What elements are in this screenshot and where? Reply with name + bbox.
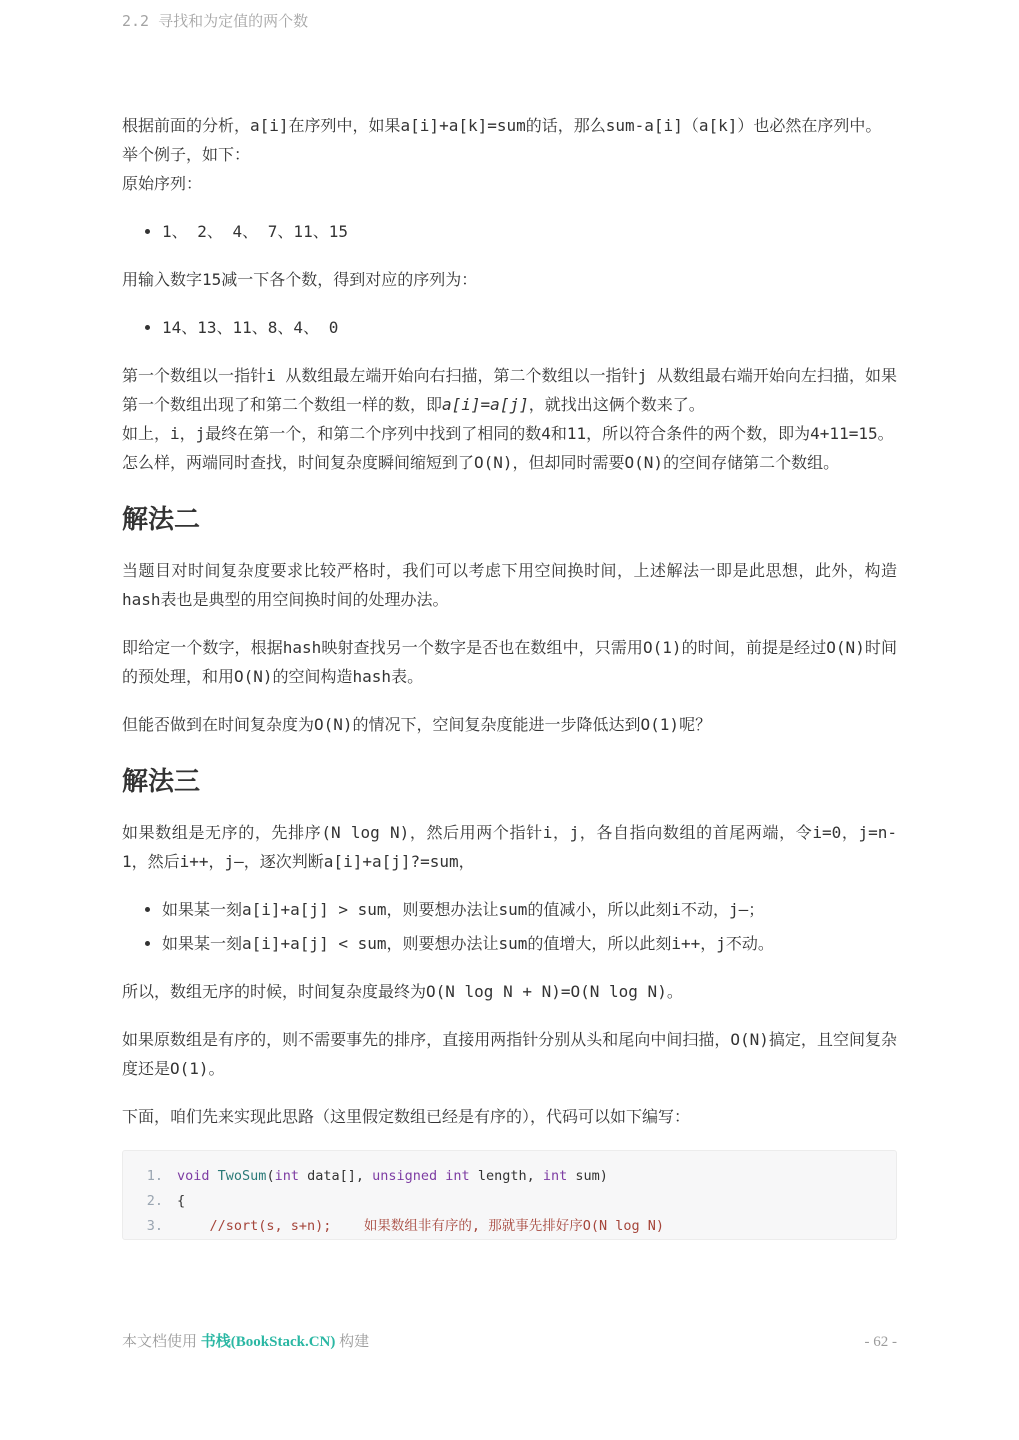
code-line: 3. //sort(s, s+n); 如果数组非有序的, 那就事先排好序O(N … bbox=[141, 1214, 878, 1239]
document-page: 2.2 寻找和为定值的两个数 根据前面的分析，a[i]在序列中，如果a[i]+a… bbox=[0, 0, 1019, 1440]
text-run: 如果原数组是有序的，则不需要事先的排序，直接用两指针分别从头和尾向中间扫描，O(… bbox=[122, 1030, 897, 1078]
code-line-text: //sort(s, s+n); 如果数组非有序的, 那就事先排好序O(N log… bbox=[177, 1218, 664, 1234]
list-item: 如果某一刻a[i]+a[j] > sum，则要想办法让sum的值减小，所以此刻i… bbox=[162, 895, 897, 924]
page-footer: 本文档使用 书栈(BookStack.CN) 构建 - 62 - bbox=[122, 1330, 897, 1351]
code-token: unsigned bbox=[372, 1168, 437, 1184]
code-token: //sort(s, s+n); 如果数组非有序的, 那就事先排好序O(N log… bbox=[177, 1218, 664, 1234]
code-line-text: { bbox=[177, 1193, 185, 1209]
bookstack-link[interactable]: 书栈(BookStack.CN) bbox=[201, 1334, 336, 1350]
paragraph: 下面，咱们先来实现此思路（这里假定数组已经是有序的），代码可以如下编写： bbox=[122, 1102, 897, 1131]
code-line-text: void TwoSum(int data[], unsigned int len… bbox=[177, 1168, 608, 1184]
paragraph: 如果原数组是有序的，则不需要事先的排序，直接用两指针分别从头和尾向中间扫描，O(… bbox=[122, 1025, 897, 1083]
list-item: 如果某一刻a[i]+a[j] < sum，则要想办法让sum的值增大，所以此刻i… bbox=[162, 929, 897, 958]
section-heading: 解法二 bbox=[122, 503, 897, 537]
code-line-number: 2. bbox=[141, 1189, 163, 1214]
footer-suffix-text: 构建 bbox=[335, 1334, 369, 1350]
paragraph: 即给定一个数字，根据hash映射查找另一个数字是否也在数组中，只需用O(1)的时… bbox=[122, 633, 897, 691]
text-run: 即给定一个数字，根据hash映射查找另一个数字是否也在数组中，只需用O(1)的时… bbox=[122, 638, 897, 686]
code-block: 1.void TwoSum(int data[], unsigned int l… bbox=[122, 1150, 897, 1240]
section-heading: 解法三 bbox=[122, 765, 897, 799]
text-run: 如果数组是无序的，先排序(N log N)，然后用两个指针i，j，各自指向数组的… bbox=[122, 823, 897, 871]
paragraph: 当题目对时间复杂度要求比较严格时，我们可以考虑下用空间换时间，上述解法一即是此思… bbox=[122, 556, 897, 614]
code-token: data[], bbox=[299, 1168, 372, 1184]
code-token: length, bbox=[470, 1168, 543, 1184]
code-line: 1.void TwoSum(int data[], unsigned int l… bbox=[141, 1164, 878, 1189]
footer-prefix-text: 本文档使用 bbox=[122, 1334, 201, 1350]
footer-build-note: 本文档使用 书栈(BookStack.CN) 构建 bbox=[122, 1330, 369, 1351]
paragraph: 用输入数字15减一下各个数，得到对应的序列为： bbox=[122, 265, 897, 294]
code-line-number: 3. bbox=[141, 1214, 163, 1239]
code-token: ( bbox=[266, 1168, 274, 1184]
bullet-list: 如果某一刻a[i]+a[j] > sum，则要想办法让sum的值减小，所以此刻i… bbox=[122, 895, 897, 958]
code-token: int bbox=[445, 1168, 469, 1184]
list-item: 1、 2、 4、 7、11、15 bbox=[162, 217, 897, 246]
text-run: 下面，咱们先来实现此思路（这里假定数组已经是有序的），代码可以如下编写： bbox=[122, 1107, 690, 1126]
code-token: { bbox=[177, 1193, 185, 1209]
code-line: 2.{ bbox=[141, 1189, 878, 1214]
code-token: int bbox=[275, 1168, 299, 1184]
text-run: 但能否做到在时间复杂度为O(N)的情况下，空间复杂度能进一步降低达到O(1)呢？ bbox=[122, 715, 711, 734]
code-token: TwoSum bbox=[218, 1168, 267, 1184]
code-line-number: 1. bbox=[141, 1164, 163, 1189]
document-content: 根据前面的分析，a[i]在序列中，如果a[i]+a[k]=sum的话，那么sum… bbox=[122, 0, 897, 1240]
text-run: 当题目对时间复杂度要求比较严格时，我们可以考虑下用空间换时间，上述解法一即是此思… bbox=[122, 561, 897, 609]
code-token: int bbox=[543, 1168, 567, 1184]
code-token: sum) bbox=[567, 1168, 608, 1184]
text-run: 根据前面的分析，a[i]在序列中，如果a[i]+a[k]=sum的话，那么sum… bbox=[122, 116, 881, 193]
page-number: - 62 - bbox=[865, 1334, 898, 1351]
bullet-list: 14、13、11、8、4、 0 bbox=[122, 313, 897, 342]
bullet-list: 1、 2、 4、 7、11、15 bbox=[122, 217, 897, 246]
text-run: 所以，数组无序的时候，时间复杂度最终为O(N log N + N)=O(N lo… bbox=[122, 982, 683, 1001]
paragraph: 根据前面的分析，a[i]在序列中，如果a[i]+a[k]=sum的话，那么sum… bbox=[122, 111, 897, 198]
paragraph: 所以，数组无序的时候，时间复杂度最终为O(N log N + N)=O(N lo… bbox=[122, 977, 897, 1006]
paragraph: 如果数组是无序的，先排序(N log N)，然后用两个指针i，j，各自指向数组的… bbox=[122, 818, 897, 876]
paragraph: 但能否做到在时间复杂度为O(N)的情况下，空间复杂度能进一步降低达到O(1)呢？ bbox=[122, 710, 897, 739]
list-item: 14、13、11、8、4、 0 bbox=[162, 313, 897, 342]
code-token bbox=[210, 1168, 218, 1184]
code-token: void bbox=[177, 1168, 210, 1184]
paragraph: 第一个数组以一指针i 从数组最左端开始向右扫描，第二个数组以一指针j 从数组最右… bbox=[122, 361, 897, 477]
text-run: 用输入数字15减一下各个数，得到对应的序列为： bbox=[122, 270, 477, 289]
italic-expression: a[i]=a[j] bbox=[442, 395, 529, 414]
